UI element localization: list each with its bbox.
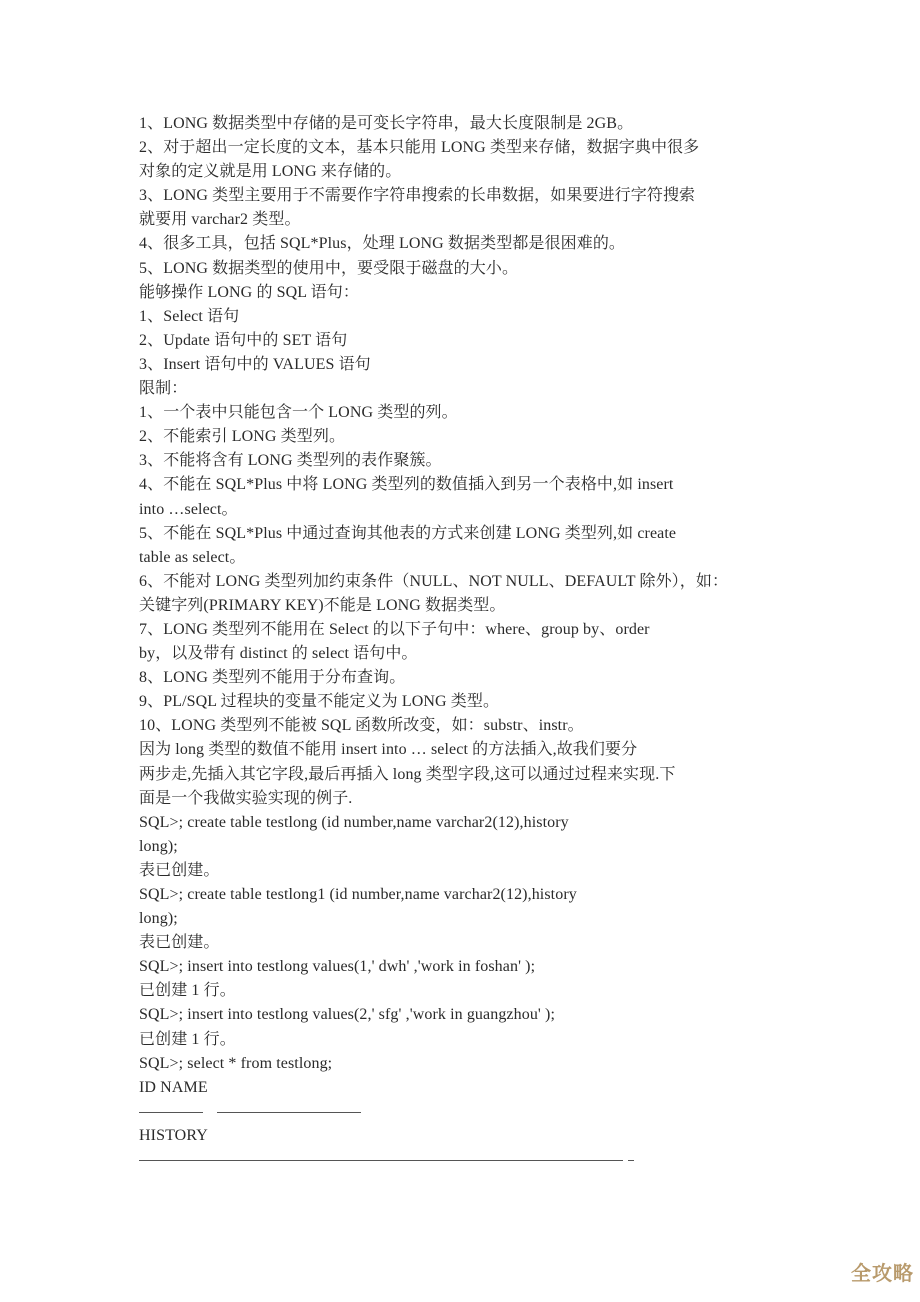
name-column-rule [217, 1112, 361, 1113]
text-line: 3、Insert 语句中的 VALUES 语句 [139, 353, 779, 377]
text-line: 3、不能将含有 LONG 类型列的表作聚簇。 [139, 449, 779, 473]
sql-command: SQL>; insert into testlong values(1,' dw… [139, 955, 779, 979]
document-page: 1、LONG 数据类型中存储的是可变长字符串，最大长度限制是 2GB。 2、对于… [139, 112, 779, 1172]
text-line: 7、LONG 类型列不能用在 Select 的以下子句中：where、group… [139, 618, 779, 642]
text-line: 5、LONG 数据类型的使用中，要受限于磁盘的大小。 [139, 257, 779, 281]
text-line: 1、LONG 数据类型中存储的是可变长字符串，最大长度限制是 2GB。 [139, 112, 779, 136]
text-line: 1、Select 语句 [139, 305, 779, 329]
text-line: 面是一个我做实验实现的例子. [139, 787, 779, 811]
text-line: 因为 long 类型的数值不能用 insert into … select 的方… [139, 738, 779, 762]
text-line: 2、Update 语句中的 SET 语句 [139, 329, 779, 353]
text-line: table as select。 [139, 546, 779, 570]
history-column-rule-end [628, 1160, 634, 1161]
sql-command: SQL>; select * from testlong; [139, 1052, 779, 1076]
text-line: 4、很多工具，包括 SQL*Plus，处理 LONG 数据类型都是很困难的。 [139, 232, 779, 256]
sql-command: long); [139, 907, 779, 931]
text-line: by，以及带有 distinct 的 select 语句中。 [139, 642, 779, 666]
section-heading: 限制： [139, 377, 779, 401]
result-column-header: ID NAME [139, 1076, 779, 1100]
text-line: 对象的定义就是用 LONG 来存储的。 [139, 160, 779, 184]
text-line: 关键字列(PRIMARY KEY)不能是 LONG 数据类型。 [139, 594, 779, 618]
text-line: 2、不能索引 LONG 类型列。 [139, 425, 779, 449]
text-line: 两步走,先插入其它字段,最后再插入 long 类型字段,这可以通过过程来实现.下 [139, 763, 779, 787]
watermark-logo: 全攻略 [851, 1257, 914, 1286]
sql-command: SQL>; create table testlong1 (id number,… [139, 883, 779, 907]
result-column-header: HISTORY [139, 1124, 779, 1148]
text-line: 6、不能对 LONG 类型列加约束条件（NULL、NOT NULL、DEFAUL… [139, 570, 779, 594]
text-line: 5、不能在 SQL*Plus 中通过查询其他表的方式来创建 LONG 类型列,如… [139, 522, 779, 546]
section-heading: 能够操作 LONG 的 SQL 语句： [139, 281, 779, 305]
id-column-rule [139, 1112, 203, 1113]
sql-command: SQL>; insert into testlong values(2,' sf… [139, 1003, 779, 1027]
text-line: 8、LONG 类型列不能用于分布查询。 [139, 666, 779, 690]
text-line: 10、LONG 类型列不能被 SQL 函数所改变，如：substr、instr。 [139, 714, 779, 738]
text-line: 9、PL/SQL 过程块的变量不能定义为 LONG 类型。 [139, 690, 779, 714]
sql-output: 已创建 1 行。 [139, 979, 779, 1003]
sql-command: SQL>; create table testlong (id number,n… [139, 811, 779, 835]
history-column-rule [139, 1160, 623, 1161]
text-line: into …select。 [139, 498, 779, 522]
text-line: 1、一个表中只能包含一个 LONG 类型的列。 [139, 401, 779, 425]
text-line: 2、对于超出一定长度的文本，基本只能用 LONG 类型来存储，数据字典中很多 [139, 136, 779, 160]
sql-output: 已创建 1 行。 [139, 1028, 779, 1052]
text-line: 4、不能在 SQL*Plus 中将 LONG 类型列的数值插入到另一个表格中,如… [139, 473, 779, 497]
sql-output: 表已创建。 [139, 859, 779, 883]
sql-output: 表已创建。 [139, 931, 779, 955]
sql-command: long); [139, 835, 779, 859]
text-line: 3、LONG 类型主要用于不需要作字符串搜索的长串数据，如果要进行字符搜索 [139, 184, 779, 208]
column-separator [139, 1148, 779, 1172]
text-line: 就要用 varchar2 类型。 [139, 208, 779, 232]
column-separator [139, 1100, 779, 1124]
